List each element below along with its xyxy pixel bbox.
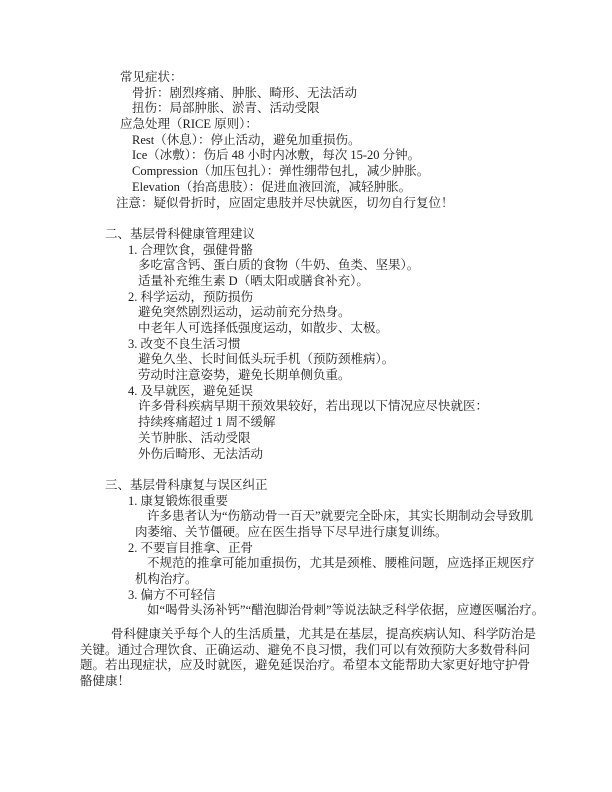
list-item-line: 许多骨科疾病早期干预效果较好，若出现以下情况应尽快就医： [138, 399, 552, 415]
list-item-title: 4. 及早就医，避免延误 [128, 384, 552, 400]
list-item-line: 中老年人可选择低强度运动，如散步、太极。 [138, 321, 552, 337]
paragraph-line: 肉萎缩、关节僵硬。应在医生指导下尽早进行康复训练。 [135, 525, 552, 541]
paragraph-line: 关键。通过合理饮食、正确运动、避免不良习惯，我们可以有效预防大多数骨科问 [80, 643, 552, 659]
paragraph-line: 骼健康！ [80, 674, 552, 690]
rice-heading: 应急处理（RICE 原则）： [120, 117, 552, 133]
paragraph-line: 机构治疗。 [135, 572, 552, 588]
list-item-line: 劳动时注意姿势，避免长期单侧负重。 [138, 368, 552, 384]
emergency-note: 注意：疑似骨折时，应固定患肢并尽快就医，切勿自行复位！ [116, 196, 552, 212]
list-item-line: 外伤后畸形、无法活动 [138, 447, 552, 463]
list-item-line: 避免突然剧烈运动，运动前充分热身。 [138, 305, 552, 321]
list-item-line: 多吃富含钙、蛋白质的食物（牛奶、鱼类、坚果）。 [138, 258, 552, 274]
section-heading: 三、基层骨科康复与误区纠正 [105, 478, 552, 494]
section-management: 二、基层骨科健康管理建议 1. 合理饮食，强健骨骼 多吃富含钙、蛋白质的食物（牛… [80, 227, 552, 462]
list-item-title: 3. 改变不良生活习惯 [128, 337, 552, 353]
list-item-line: 避免久坐、长时间低头玩手机（预防颈椎病）。 [138, 352, 552, 368]
rice-item-elevation: Elevation（抬高患肢）：促进血液回流，减轻肿胀。 [132, 180, 552, 196]
list-item-line: 持续疼痛超过 1 周不缓解 [138, 415, 552, 431]
section-rehab: 三、基层骨科康复与误区纠正 1. 康复锻炼很重要 许多患者认为“伤筋动骨一百天”… [80, 478, 552, 619]
list-item-title: 3. 偏方不可轻信 [128, 588, 552, 604]
symptom-item: 扭伤：局部肿胀、淤青、活动受限 [132, 101, 552, 117]
paragraph-line: 许多患者认为“伤筋动骨一百天”就要完全卧床，其实长期制动会导致肌 [147, 509, 552, 525]
list-item-title: 2. 不要盲目推拿、正骨 [128, 541, 552, 557]
paragraph-line: 骨科健康关乎每个人的生活质量，尤其是在基层，提高疾病认知、科学防治是 [111, 627, 552, 643]
list-item-title: 2. 科学运动，预防损伤 [128, 290, 552, 306]
paragraph-line: 如“喝骨头汤补钙”“醋泡脚治骨刺”等说法缺乏科学依据，应遵医嘱治疗。 [147, 603, 552, 619]
section-emergency: 常见症状： 骨折：剧烈疼痛、肿胀、畸形、无法活动 扭伤：局部肿胀、淤青、活动受限… [80, 70, 552, 211]
symptom-item: 骨折：剧烈疼痛、肿胀、畸形、无法活动 [132, 86, 552, 102]
paragraph-line: 不规范的推拿可能加重损伤，尤其是颈椎、腰椎问题，应选择正规医疗 [147, 556, 552, 572]
section-heading: 二、基层骨科健康管理建议 [105, 227, 552, 243]
rice-item-ice: Ice（冰敷）：伤后 48 小时内冰敷，每次 15-20 分钟。 [132, 148, 552, 164]
rice-item-compression: Compression（加压包扎）：弹性绷带包扎，减少肿胀。 [132, 164, 552, 180]
list-item-line: 适量补充维生素 D（晒太阳或膳食补充）。 [138, 274, 552, 290]
rice-item-rest: Rest（休息）：停止活动，避免加重损伤。 [132, 133, 552, 149]
list-item-line: 关节肿胀、活动受限 [138, 431, 552, 447]
symptoms-heading: 常见症状： [120, 70, 552, 86]
document-page: 常见症状： 骨折：剧烈疼痛、肿胀、畸形、无法活动 扭伤：局部肿胀、淤青、活动受限… [0, 0, 612, 792]
paragraph-line: 题。若出现症状，应及时就医，避免延误治疗。希望本文能帮助大家更好地守护骨 [80, 658, 552, 674]
list-item-title: 1. 康复锻炼很重要 [128, 494, 552, 510]
list-item-title: 1. 合理饮食，强健骨骼 [128, 243, 552, 259]
conclusion-paragraph: 骨科健康关乎每个人的生活质量，尤其是在基层，提高疾病认知、科学防治是 关键。通过… [80, 627, 552, 690]
